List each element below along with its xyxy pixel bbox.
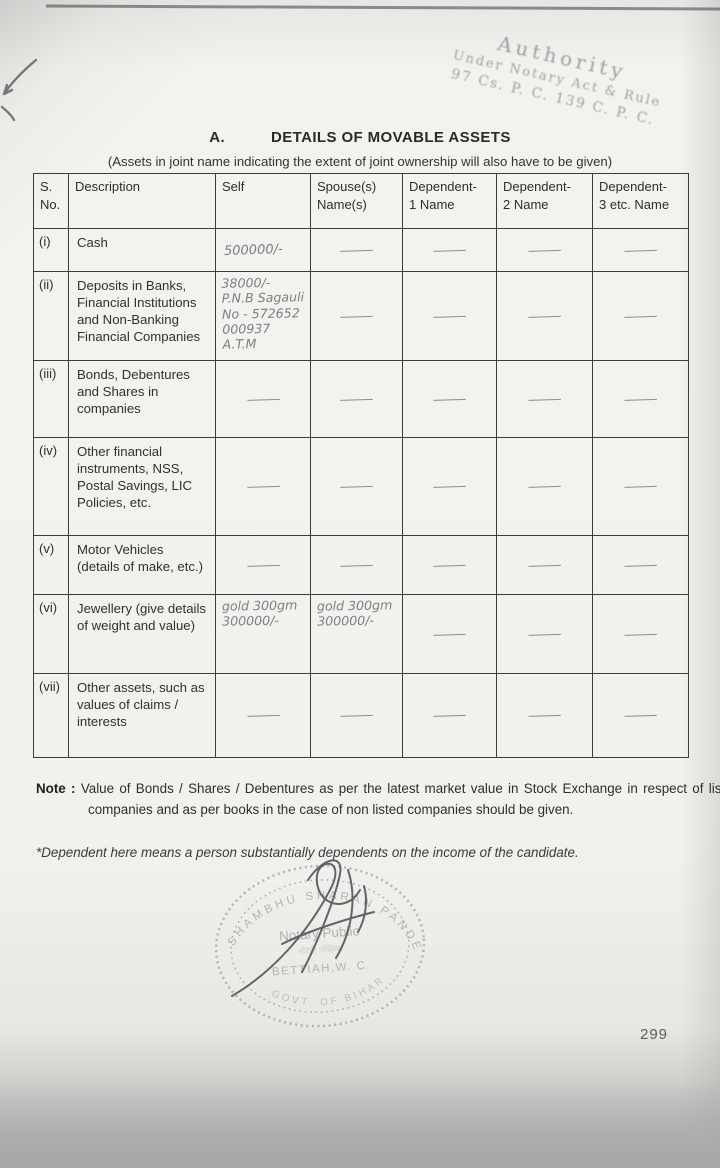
- cell-dependent3: —: [593, 674, 689, 758]
- handwritten-dash: —: [621, 389, 660, 408]
- cell-self: —: [216, 674, 311, 758]
- handwritten-dash: —: [337, 240, 376, 259]
- handwritten-dash: —: [337, 555, 376, 574]
- handwritten-value: gold 300gm 300000/-: [222, 597, 298, 629]
- cell-self: gold 300gm 300000/-: [216, 595, 311, 674]
- note-text: Value of Bonds / Shares / Debentures as …: [81, 781, 720, 817]
- row-description: Deposits in Banks, Financial Institution…: [69, 272, 216, 361]
- handwritten-dash: —: [337, 389, 376, 408]
- handwritten-dash: —: [525, 476, 564, 495]
- cell-self: —: [216, 438, 311, 536]
- cell-dependent1: —: [403, 361, 497, 438]
- table-row-jewellery: (vi) Jewellery (give details of weight a…: [34, 595, 689, 674]
- handwritten-dash: —: [525, 240, 564, 259]
- table-header-row: S. No. Description Self Spouse(s) Name(s…: [34, 174, 689, 229]
- scan-bottom-shadow: [0, 1082, 720, 1168]
- handwritten-dash: —: [525, 705, 564, 724]
- handwritten-dash: —: [525, 624, 564, 643]
- handwritten-dash: —: [430, 705, 469, 724]
- handwritten-dash: —: [621, 240, 660, 259]
- col-header-spouse: Spouse(s) Name(s): [311, 174, 403, 229]
- cell-dependent3: —: [593, 229, 689, 272]
- cell-dependent1: —: [403, 536, 497, 595]
- handwritten-dash: —: [621, 624, 660, 643]
- handwritten-dash: —: [621, 555, 660, 574]
- cell-dependent1: —: [403, 438, 497, 536]
- handwritten-dash: —: [244, 389, 283, 408]
- cell-self: —: [216, 536, 311, 595]
- handwritten-dash: —: [525, 306, 564, 325]
- cell-dependent3: —: [593, 361, 689, 438]
- col-header-dependent3: Dependent- 3 etc. Name: [593, 174, 689, 229]
- page-number: 299: [640, 1026, 668, 1043]
- cell-dependent2: —: [497, 438, 593, 536]
- pen-mark: [0, 52, 48, 122]
- handwritten-dash: —: [430, 240, 469, 259]
- table-row-cash: (i) Cash 500000/- — — — —: [34, 229, 689, 272]
- cell-spouse: —: [311, 229, 403, 272]
- section-title-row: A. DETAILS OF MOVABLE ASSETS: [0, 129, 720, 146]
- cell-spouse: —: [311, 361, 403, 438]
- cell-dependent1: —: [403, 229, 497, 272]
- cell-dependent1: —: [403, 272, 497, 361]
- row-sno: (ii): [34, 272, 69, 361]
- handwritten-value: 38000/- P.N.B Sagauli No - 572652 000937…: [221, 274, 305, 352]
- handwritten-dash: —: [337, 476, 376, 495]
- row-description: Cash: [69, 229, 216, 272]
- note-paragraph: Note : Value of Bonds / Shares / Debentu…: [36, 779, 720, 821]
- cell-dependent3: —: [593, 272, 689, 361]
- table-row-other-assets: (vii) Other assets, such as values of cl…: [34, 674, 689, 758]
- section-letter: A.: [209, 129, 225, 146]
- cell-dependent2: —: [497, 595, 593, 674]
- cell-dependent2: —: [497, 674, 593, 758]
- row-sno: (v): [34, 536, 69, 595]
- movable-assets-table: S. No. Description Self Spouse(s) Name(s…: [33, 173, 689, 758]
- cell-spouse: —: [311, 674, 403, 758]
- cell-dependent3: —: [593, 438, 689, 536]
- handwritten-dash: —: [430, 389, 469, 408]
- handwritten-dash: —: [525, 389, 564, 408]
- col-header-description: Description: [69, 174, 216, 229]
- handwritten-dash: —: [430, 306, 469, 325]
- handwritten-dash: —: [621, 476, 660, 495]
- row-description: Motor Vehicles (details of make, etc.): [69, 536, 216, 595]
- page-subtitle: (Assets in joint name indicating the ext…: [0, 154, 720, 169]
- table-row-deposits: (ii) Deposits in Banks, Financial Instit…: [34, 272, 689, 361]
- cell-dependent3: —: [593, 595, 689, 674]
- scanned-affidavit-page: Authority Under Notary Act & Rule 97 Cs.…: [0, 0, 720, 1168]
- handwritten-dash: —: [337, 705, 376, 724]
- row-sno: (iv): [34, 438, 69, 536]
- notary-signature: [212, 846, 452, 1021]
- handwritten-dash: —: [525, 555, 564, 574]
- col-header-sno: S. No.: [34, 174, 69, 229]
- cell-self: 38000/- P.N.B Sagauli No - 572652 000937…: [216, 272, 311, 361]
- row-sno: (vii): [34, 674, 69, 758]
- table-row-other-financial: (iv) Other financial instruments, NSS, P…: [34, 438, 689, 536]
- cell-dependent2: —: [497, 229, 593, 272]
- handwritten-dash: —: [430, 476, 469, 495]
- handwritten-dash: —: [244, 705, 283, 724]
- row-sno: (i): [34, 229, 69, 272]
- cell-self: 500000/-: [216, 229, 311, 272]
- handwritten-dash: —: [244, 476, 283, 495]
- handwritten-dash: —: [244, 555, 283, 574]
- handwritten-value: gold 300gm 300000/-: [317, 597, 393, 629]
- note-label: Note :: [36, 781, 76, 796]
- handwritten-dash: —: [621, 306, 660, 325]
- row-description: Bonds, Debentures and Shares in companie…: [69, 361, 216, 438]
- col-header-dependent2: Dependent- 2 Name: [497, 174, 593, 229]
- handwritten-value: 500000/-: [224, 242, 283, 260]
- col-header-dependent1: Dependent- 1 Name: [403, 174, 497, 229]
- scan-top-edge-artifact: [46, 5, 720, 11]
- authority-ink-stamp: Authority Under Notary Act & Rule 97 Cs.…: [405, 11, 711, 140]
- cell-dependent2: —: [497, 361, 593, 438]
- col-header-self: Self: [216, 174, 311, 229]
- row-sno: (vi): [34, 595, 69, 674]
- handwritten-dash: —: [621, 705, 660, 724]
- handwritten-dash: —: [430, 624, 469, 643]
- row-sno: (iii): [34, 361, 69, 438]
- cell-spouse: —: [311, 536, 403, 595]
- cell-self: —: [216, 361, 311, 438]
- cell-dependent1: —: [403, 595, 497, 674]
- row-description: Jewellery (give details of weight and va…: [69, 595, 216, 674]
- table-row-bonds: (iii) Bonds, Debentures and Shares in co…: [34, 361, 689, 438]
- handwritten-dash: —: [430, 555, 469, 574]
- handwritten-dash: —: [337, 306, 376, 325]
- cell-spouse: —: [311, 272, 403, 361]
- page-title: DETAILS OF MOVABLE ASSETS: [271, 129, 511, 146]
- cell-spouse: —: [311, 438, 403, 536]
- cell-dependent2: —: [497, 272, 593, 361]
- row-description: Other assets, such as values of claims /…: [69, 674, 216, 758]
- row-description: Other financial instruments, NSS, Postal…: [69, 438, 216, 536]
- cell-spouse: gold 300gm 300000/-: [311, 595, 403, 674]
- cell-dependent3: —: [593, 536, 689, 595]
- cell-dependent2: —: [497, 536, 593, 595]
- table-row-motor-vehicles: (v) Motor Vehicles (details of make, etc…: [34, 536, 689, 595]
- cell-dependent1: —: [403, 674, 497, 758]
